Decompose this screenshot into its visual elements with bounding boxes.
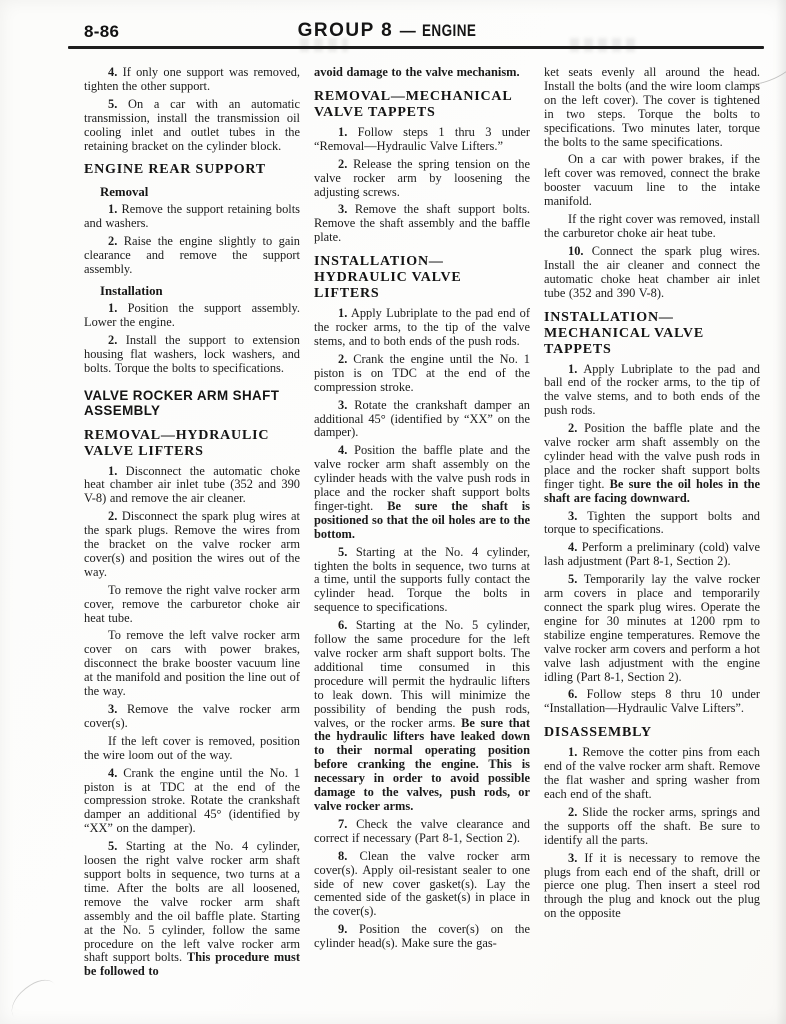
paragraph: avoid damage to the valve mechanism. — [314, 66, 530, 80]
text-run: If only one support was removed, tighten… — [84, 65, 300, 93]
text-run: Crank the engine until the No. 1 piston … — [314, 352, 530, 394]
paragraph: If the right cover was removed, install … — [544, 213, 760, 241]
page-curl-artifact — [4, 974, 65, 1024]
group-title-section: ENGINE — [422, 22, 476, 41]
bold-text-run: 1. — [108, 202, 117, 216]
paragraph: 6. Starting at the No. 5 cylinder, follo… — [314, 619, 530, 814]
column-3: ket seats evenly all around the head. In… — [544, 66, 760, 983]
paragraph: 1. Apply Lubriplate to the pad end of th… — [314, 307, 530, 349]
paragraph: 5. On a car with an automatic transmissi… — [84, 98, 300, 154]
text-run: Slide the rocker arms, springs and the s… — [544, 805, 760, 847]
paragraph: 4. If only one support was removed, tigh… — [84, 66, 300, 94]
text-run: Install the support to extension housing… — [84, 333, 300, 375]
bold-text-run: 3. — [338, 202, 347, 216]
page-header: 8-86 GROUP 8 — ENGINE — [0, 18, 786, 48]
paragraph: 1. Apply Lubriplate to the pad and ball … — [544, 363, 760, 419]
paragraph: 1. Disconnect the automatic choke heat c… — [84, 465, 300, 507]
section-heading: REMOVAL—HYDRAULIC VALVE LIFTERS — [84, 428, 300, 460]
sub-heading: Removal — [100, 185, 300, 199]
manual-page: 8-86 GROUP 8 — ENGINE 4. If only one sup… — [0, 0, 786, 1024]
text-run: Clean the valve rocker arm cover(s). App… — [314, 849, 530, 919]
column-1: 4. If only one support was removed, tigh… — [84, 66, 300, 983]
paragraph: 7. Check the valve clearance and correct… — [314, 818, 530, 846]
bold-text-run: 6. — [568, 687, 577, 701]
text-run: On a car with an automatic transmission,… — [84, 97, 300, 153]
text-run: Remove the cotter pins from each end of … — [544, 745, 760, 801]
bold-text-run: 5. — [568, 572, 577, 586]
bold-text-run: 3. — [568, 509, 577, 523]
bold-text-run: 7. — [338, 817, 347, 831]
paragraph: 2. Slide the rocker arms, springs and th… — [544, 806, 760, 848]
text-run: Position the support assembly. Lower the… — [84, 301, 300, 329]
paragraph: 3. If it is necessary to remove the plug… — [544, 852, 760, 922]
paragraph: 2. Position the baffle plate and the val… — [544, 422, 760, 505]
paragraph: On a car with power brakes, if the left … — [544, 153, 760, 209]
paragraph: To remove the left valve rocker arm cove… — [84, 629, 300, 699]
bold-text-run: 4. — [568, 540, 577, 554]
column-2: avoid damage to the valve mechanism.REMO… — [314, 66, 530, 983]
bold-text-run: 1. — [338, 306, 347, 320]
text-run: Follow steps 8 thru 10 under “Installati… — [544, 687, 760, 715]
text-run: Tighten the support bolts and torque to … — [544, 509, 760, 537]
section-heading: ENGINE REAR SUPPORT — [84, 162, 300, 178]
bold-text-run: 2. — [338, 157, 347, 171]
bold-text-run: 2. — [108, 234, 117, 248]
paragraph: 1. Follow steps 1 thru 3 under “Removal—… — [314, 126, 530, 154]
bold-text-run: 2. — [108, 333, 117, 347]
bold-text-run: 5. — [338, 545, 347, 559]
paragraph: 4. Position the baffle plate and the val… — [314, 444, 530, 541]
assembly-section-heading: VALVE ROCKER ARM SHAFT ASSEMBLY — [84, 388, 300, 419]
paragraph: 6. Follow steps 8 thru 10 under “Install… — [544, 688, 760, 716]
bold-text-run: 2. — [108, 509, 117, 523]
text-run: To remove the left valve rocker arm cove… — [84, 628, 300, 698]
text-run: Rotate the crankshaft damper an addition… — [314, 398, 530, 440]
paragraph: 5. Temporarily lay the valve rocker arm … — [544, 573, 760, 684]
bold-text-run: 8. — [338, 849, 347, 863]
section-heading: INSTALLATION—HYDRAULIC VALVE LIFTERS — [314, 254, 530, 302]
bold-text-run: 1. — [568, 745, 577, 759]
paragraph: 3. Remove the valve rocker arm cover(s). — [84, 703, 300, 731]
paragraph: 3. Tighten the support bolts and torque … — [544, 510, 760, 538]
text-run: To remove the right valve rocker arm cov… — [84, 583, 300, 625]
text-run: ket seats evenly all around the head. In… — [544, 65, 760, 149]
text-run: If the right cover was removed, install … — [544, 212, 760, 240]
bold-text-run: 5. — [108, 839, 117, 853]
paragraph: 1. Remove the support retaining bolts an… — [84, 203, 300, 231]
text-run: Temporarily lay the valve rocker arm cov… — [544, 572, 760, 683]
text-run: Check the valve clearance and correct if… — [314, 817, 530, 845]
paragraph: 2. Disconnect the spark plug wires at th… — [84, 510, 300, 580]
text-run: Position the cover(s) on the cylinder he… — [314, 922, 530, 950]
text-run: On a car with power brakes, if the left … — [544, 152, 760, 208]
text-run: Remove the support retaining bolts and w… — [84, 202, 300, 230]
section-heading: DISASSEMBLY — [544, 725, 760, 741]
bold-text-run: 9. — [338, 922, 347, 936]
print-bleedthrough-artifact — [570, 38, 640, 52]
paragraph: 2. Raise the engine slightly to gain cle… — [84, 235, 300, 277]
bold-text-run: 3. — [568, 851, 577, 865]
bold-text-run: 2. — [568, 421, 577, 435]
text-run: If it is necessary to remove the plugs f… — [544, 851, 760, 921]
paragraph: 4. Crank the engine until the No. 1 pist… — [84, 767, 300, 837]
bold-text-run: 4. — [338, 443, 347, 457]
bold-text-run: 1. — [338, 125, 347, 139]
paragraph: 10. Connect the spark plug wires. Instal… — [544, 245, 760, 301]
text-run: Disconnect the spark plug wires at the s… — [84, 509, 300, 579]
paragraph: 4. Perform a preliminary (cold) valve la… — [544, 541, 760, 569]
bold-text-run: 4. — [108, 65, 117, 79]
text-run: Release the spring tension on the valve … — [314, 157, 530, 199]
text-columns: 4. If only one support was removed, tigh… — [84, 66, 760, 983]
bold-text-run: Be sure that the hydraulic lifters have … — [314, 716, 530, 813]
paragraph: 8. Clean the valve rocker arm cover(s). … — [314, 850, 530, 920]
bold-text-run: 1. — [108, 301, 117, 315]
paragraph: ket seats evenly all around the head. In… — [544, 66, 760, 149]
paragraph: 9. Position the cover(s) on the cylinder… — [314, 923, 530, 951]
title-dash: — — [398, 23, 418, 40]
paragraph: 2. Install the support to extension hous… — [84, 334, 300, 376]
page-edge-shadow — [776, 0, 786, 1024]
bold-text-run: 2. — [338, 352, 347, 366]
text-run: Starting at the No. 5 cylinder, follow t… — [314, 618, 530, 729]
header-rule — [68, 46, 764, 49]
sub-heading: Installation — [100, 284, 300, 298]
bold-text-run: 1. — [108, 464, 117, 478]
bold-text-run: 3. — [338, 398, 347, 412]
paragraph: 3. Rotate the crankshaft damper an addit… — [314, 399, 530, 441]
bold-text-run: 1. — [568, 362, 577, 376]
bold-text-run: 6. — [338, 618, 347, 632]
paragraph: 2. Crank the engine until the No. 1 pist… — [314, 353, 530, 395]
bold-text-run: 2. — [568, 805, 577, 819]
bold-text-run: 5. — [108, 97, 117, 111]
bold-text-run: 4. — [108, 766, 117, 780]
text-run: Remove the shaft support bolts. Remove t… — [314, 202, 530, 244]
paragraph: If the left cover is removed, position t… — [84, 735, 300, 763]
bold-text-run: avoid damage to the valve mechanism. — [314, 65, 520, 79]
paragraph: To remove the right valve rocker arm cov… — [84, 584, 300, 626]
text-run: Apply Lubriplate to the pad end of the r… — [314, 306, 530, 348]
text-run: Disconnect the automatic choke heat cham… — [84, 464, 300, 506]
page-title: GROUP 8 — ENGINE — [0, 20, 786, 42]
bold-text-run: 3. — [108, 702, 117, 716]
text-run: Remove the valve rocker arm cover(s). — [84, 702, 300, 730]
print-bleedthrough-artifact — [300, 38, 348, 52]
bold-text-run: 10. — [568, 244, 584, 258]
text-run: Perform a preliminary (cold) valve lash … — [544, 540, 760, 568]
section-heading: INSTALLATION—MECHANICAL VALVE TAPPETS — [544, 310, 760, 358]
paragraph: 1. Remove the cotter pins from each end … — [544, 746, 760, 802]
text-run: Starting at the No. 4 cylinder, loosen t… — [84, 839, 300, 964]
text-run: Raise the engine slightly to gain cleara… — [84, 234, 300, 276]
paragraph: 2. Release the spring tension on the val… — [314, 158, 530, 200]
text-run: Follow steps 1 thru 3 under “Removal—Hyd… — [314, 125, 530, 153]
text-run: Starting at the No. 4 cylinder, tighten … — [314, 545, 530, 615]
text-run: If the left cover is removed, position t… — [84, 734, 300, 762]
paragraph: 5. Starting at the No. 4 cylinder, tight… — [314, 546, 530, 616]
text-run: Apply Lubriplate to the pad and ball end… — [544, 362, 760, 418]
section-heading: REMOVAL—MECHANICAL VALVE TAPPETS — [314, 89, 530, 121]
paragraph: 5. Starting at the No. 4 cylinder, loose… — [84, 840, 300, 979]
paragraph: 3. Remove the shaft support bolts. Remov… — [314, 203, 530, 245]
text-run: Crank the engine until the No. 1 piston … — [84, 766, 300, 836]
paragraph: 1. Position the support assembly. Lower … — [84, 302, 300, 330]
